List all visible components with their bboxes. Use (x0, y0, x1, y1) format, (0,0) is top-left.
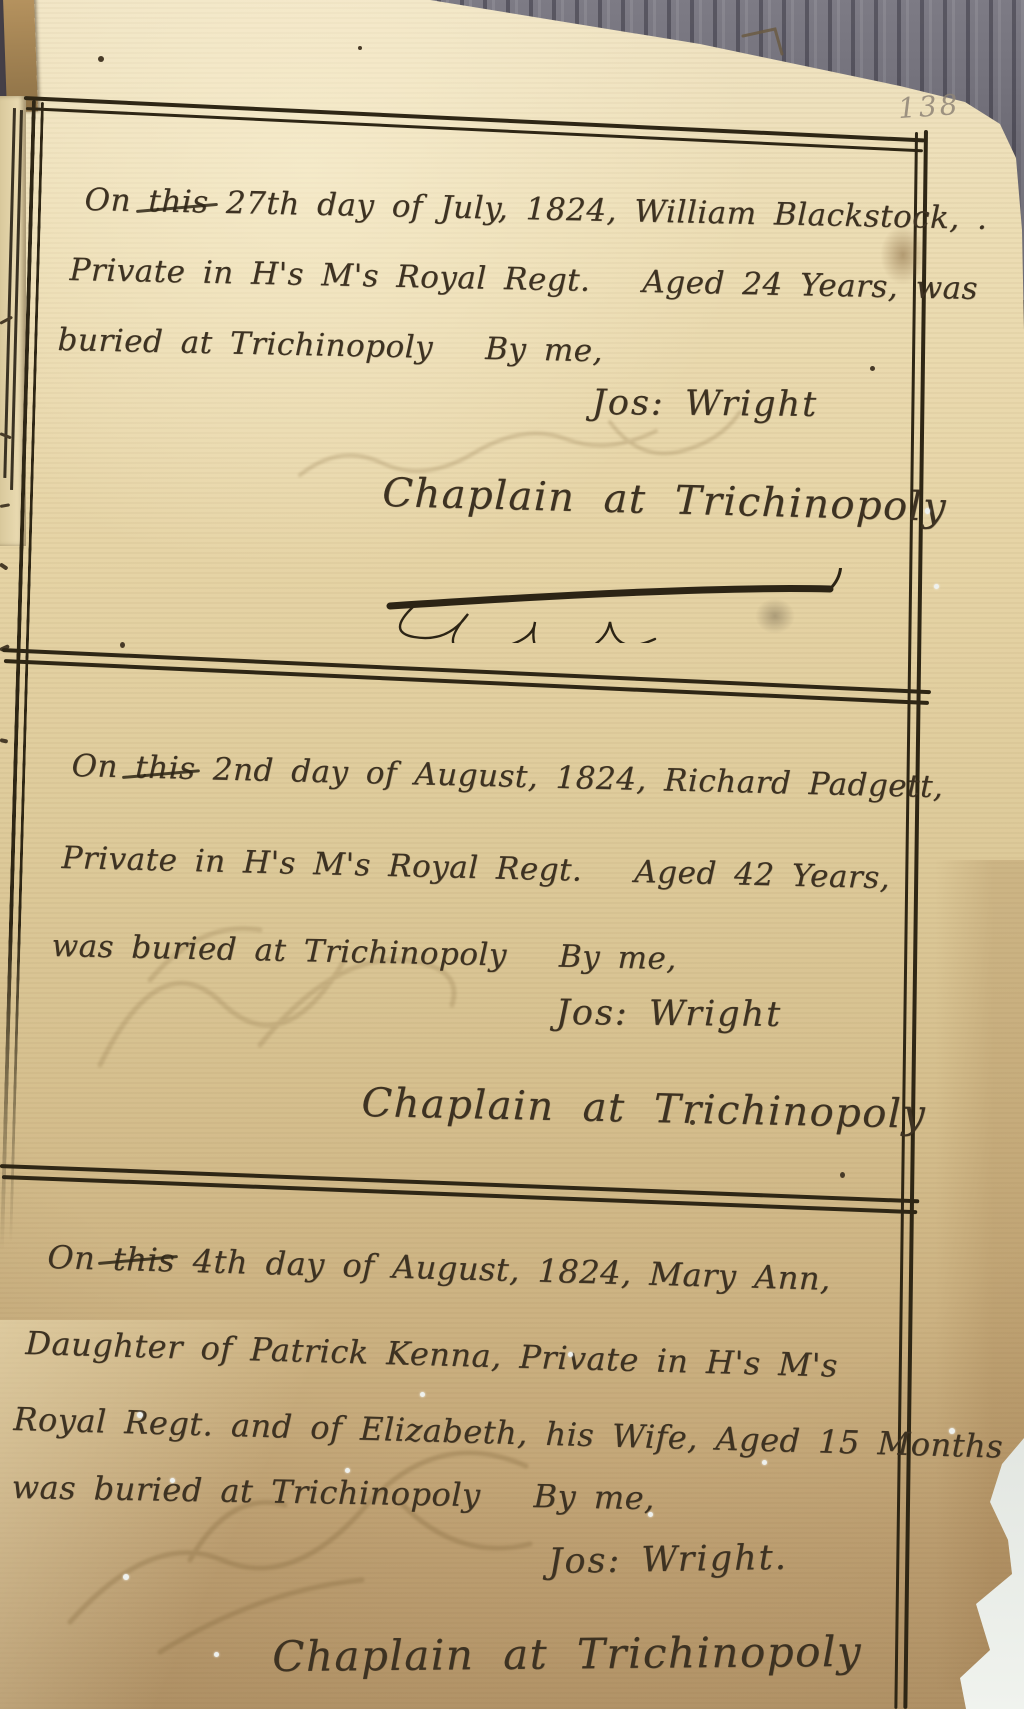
ink-showthrough (60, 860, 540, 1090)
ink-speck (358, 46, 362, 50)
paper-speck (214, 1652, 219, 1657)
paper-speck (170, 1478, 175, 1483)
ink-speck (840, 1172, 845, 1178)
ink-speck (870, 366, 875, 371)
paper-speck (934, 584, 939, 589)
paper-speck (568, 1352, 573, 1357)
register-page-photo: On this 27th day of July, 1824, William … (0, 0, 1024, 1709)
paper-speck (137, 1412, 143, 1418)
ink-stain (880, 225, 926, 285)
smudge-stain (755, 598, 795, 634)
paper-speck (949, 1428, 955, 1434)
paper-speck (925, 508, 930, 514)
entry-3-signature: Jos: Wright. (548, 1538, 788, 1582)
ink-speck (98, 56, 104, 62)
paper-speck (762, 1460, 767, 1465)
paper-speck (648, 1512, 653, 1517)
entry-2-signature: Jos: Wright (556, 993, 783, 1035)
paper-speck (123, 1574, 129, 1580)
pen-check-mark (735, 20, 795, 65)
paper-speck (345, 1468, 350, 1473)
page-number: 138 (897, 88, 962, 125)
ink-speck (120, 642, 125, 648)
edge-shadow (935, 860, 1024, 1690)
entry-1-signature: Jos: Wright (592, 383, 819, 425)
entry-3-signature-title: Chaplain at Trichinopoly (272, 1627, 862, 1681)
paper-speck (420, 1392, 425, 1397)
ink-speck (690, 1120, 695, 1125)
